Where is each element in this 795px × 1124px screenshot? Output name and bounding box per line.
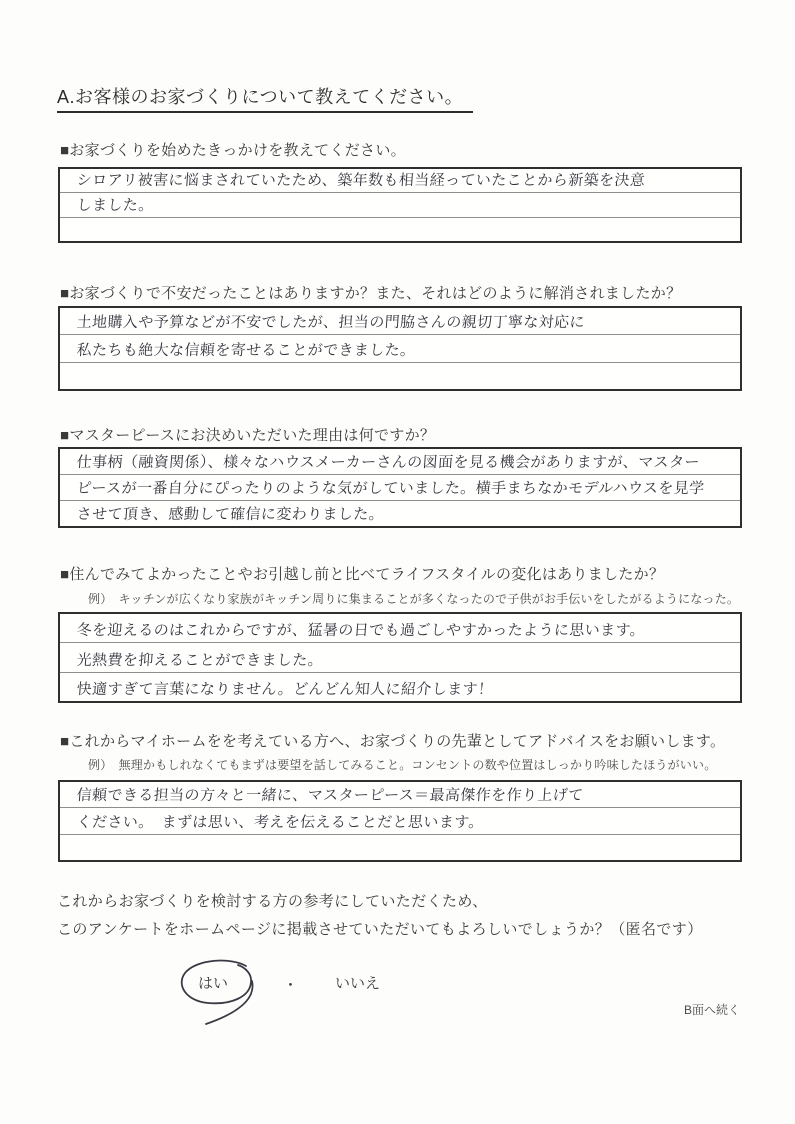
handwritten-text: 信頼できる担当の方々と一緒に、マスターピース＝最高傑作を作り上げて: [76, 784, 584, 805]
answer-line: 私たちも絶大な信頼を寄せることができました。: [60, 335, 740, 362]
option-yes: はい: [198, 972, 228, 993]
publish-request-line-2: このアンケートをホームページに掲載させていただいてもよろしいでしょうか？（匿名で…: [57, 918, 703, 939]
option-no: いいえ: [335, 972, 380, 993]
question-5-example: 例） 無理かもしれなくてもまずは要望を話してみること。コンセントの数や位置はしっ…: [88, 756, 716, 773]
handwritten-text: 私たちも絶大な信頼を寄せることができました。: [76, 339, 416, 360]
handwritten-text: ください。 まずは思い、考えを伝えることだと思います。: [76, 811, 485, 832]
handwritten-text: 仕事柄（融資関係）、様々なハウスメーカーさんの図面を見る機会がありますが、マスタ…: [76, 451, 701, 472]
answer-line: ください。 まずは思い、考えを伝えることだと思います。: [60, 808, 740, 834]
publish-request-line-1: これからお家づくりを検討する方の参考にしていただくため、: [57, 890, 488, 911]
question-4-example: 例） キッチンが広くなり家族がキッチン周りに集まることが多くなったので子供がお手…: [88, 590, 739, 607]
option-separator: ・: [283, 974, 298, 995]
answer-box-2: 土地購入や予算などが不安でしたが、担当の門脇さんの親切丁寧な対応に 私たちも絶大…: [58, 306, 742, 391]
answer-line: [60, 835, 740, 860]
answer-line: させて頂き、感動して確信に変わりました。: [60, 501, 740, 526]
answer-box-1: シロアリ被害に悩まされていたため、築年数も相当経っていたことから新築を決意 しま…: [58, 167, 742, 243]
answer-box-5: 信頼できる担当の方々と一緒に、マスターピース＝最高傑作を作り上げて ください。 …: [58, 780, 742, 862]
answer-box-4: 冬を迎えるのはこれからですが、猛暑の日でも過ごしやすかったように思います。 光熱…: [58, 612, 742, 703]
handwritten-text: しました。: [76, 194, 154, 215]
handwritten-text: シロアリ被害に悩まされていたため、築年数も相当経っていたことから新築を決意: [76, 169, 646, 190]
answer-line: ピースが一番自分にぴったりのような気がしていました。横手まちなかモデルハウスを見…: [60, 475, 740, 501]
handwritten-text: させて頂き、感動して確信に変わりました。: [76, 503, 385, 524]
answer-line: 快適すぎて言葉になりません。どんどん知人に紹介します！: [60, 673, 740, 701]
answer-line: 信頼できる担当の方々と一緒に、マスターピース＝最高傑作を作り上げて: [60, 782, 740, 808]
question-5-label: ■これからマイホームをを考えている方へ、お家づくりの先輩としてアドバイスをお願い…: [60, 730, 725, 751]
answer-line: 土地購入や予算などが不安でしたが、担当の門脇さんの親切丁寧な対応に: [60, 308, 740, 335]
handwritten-text: 土地購入や予算などが不安でしたが、担当の門脇さんの親切丁寧な対応に: [76, 311, 586, 332]
handwritten-text: 光熱費を抑えることができました。: [76, 649, 324, 670]
hand-drawn-selection-circle-icon: [176, 957, 276, 1029]
question-1-label: ■お家づくりを始めたきっかけを教えてください。: [60, 139, 406, 160]
answer-line: 仕事柄（融資関係）、様々なハウスメーカーさんの図面を見る機会がありますが、マスタ…: [60, 449, 740, 475]
handwritten-text: 冬を迎えるのはこれからですが、猛暑の日でも過ごしやすかったように思います。: [76, 619, 646, 640]
continue-note: B面へ続く: [684, 1001, 740, 1018]
answer-line: シロアリ被害に悩まされていたため、築年数も相当経っていたことから新築を決意: [60, 169, 740, 193]
handwritten-text: 快適すぎて言葉になりません。どんどん知人に紹介します！: [76, 678, 494, 699]
question-4-label: ■住んでみてよかったことやお引越し前と比べてライフスタイルの変化はありましたか？: [60, 563, 664, 584]
question-2-label: ■お家づくりで不安だったことはありますか？また、それはどのように解消されましたか…: [60, 282, 681, 303]
answer-line: [60, 363, 740, 389]
scanned-survey-page: A.お客様のお家づくりについて教えてください。 ■お家づくりを始めたきっかけを教…: [0, 0, 795, 1124]
section-title: A.お客様のお家づくりについて教えてください。: [57, 83, 473, 113]
answer-line: 光熱費を抑えることができました。: [60, 643, 740, 672]
answer-line: 冬を迎えるのはこれからですが、猛暑の日でも過ごしやすかったように思います。: [60, 614, 740, 643]
answer-box-3: 仕事柄（融資関係）、様々なハウスメーカーさんの図面を見る機会がありますが、マスタ…: [58, 447, 742, 528]
answer-line: [60, 218, 740, 241]
handwritten-text: ピースが一番自分にぴったりのような気がしていました。横手まちなかモデルハウスを見…: [76, 477, 705, 498]
question-3-label: ■マスターピースにお決めいただいた理由は何ですか？: [60, 424, 435, 445]
answer-line: しました。: [60, 193, 740, 217]
